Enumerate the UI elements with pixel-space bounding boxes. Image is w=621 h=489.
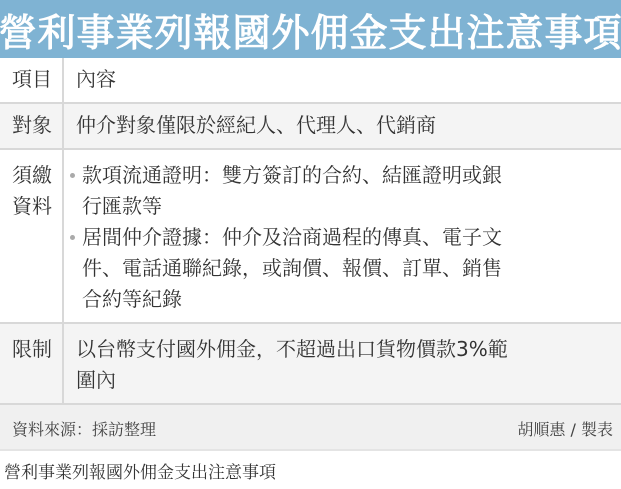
table-header-row: 項目 內容 [0,58,621,104]
row-content: 款項流通證明：雙方簽訂的合約、結匯證明或銀 行匯款等 居間仲介證據：仲介及洽商過… [70,160,611,315]
bullet-item: 款項流通證明：雙方簽訂的合約、結匯證明或銀 行匯款等 [70,160,611,222]
source-text: 資料來源：採訪整理 [12,417,156,440]
header-content: 內容 [76,64,611,95]
row-content: 仲介對象僅限於經紀人、代理人、代銷商 [76,110,611,141]
row-label-line2: 資料 [12,191,52,222]
bullet-dot-icon [70,235,75,240]
table-title: 營利事業列報國外佣金支出注意事項 [0,2,621,57]
row-label-cell: 限制 [0,324,64,403]
header-label: 項目 [12,64,52,95]
row-label: 對象 [12,110,52,141]
image-caption: 營利事業列報國外佣金支出注意事項 [4,458,276,483]
table-row-limit: 限制 以台幣支付國外佣金，不超過出口貨物價款3%範 圍內 [0,324,621,405]
header-label-cell: 項目 [0,58,64,102]
credit-text: 胡順惠 / 製表 [517,417,613,440]
bullet-item: 居間仲介證據：仲介及洽商過程的傳真、電子文 件、電話通聯紀錄，或詢價、報價、訂單… [70,222,611,315]
row-label-line1: 須繳 [12,160,52,191]
table-row-target: 對象 仲介對象僅限於經紀人、代理人、代銷商 [0,104,621,150]
bullet-dot-icon [70,173,75,178]
row-label-cell: 須繳 資料 [0,150,64,322]
row-label-cell: 對象 [0,104,64,148]
info-table: 營利事業列報國外佣金支出注意事項 項目 內容 對象 仲介對象僅限於經紀人、代理人… [0,0,621,451]
row-label: 限制 [12,334,52,365]
table-title-bar: 營利事業列報國外佣金支出注意事項 [0,0,621,58]
table-row-documents: 須繳 資料 款項流通證明：雙方簽訂的合約、結匯證明或銀 行匯款等 居間仲介證據：… [0,150,621,324]
row-content: 以台幣支付國外佣金，不超過出口貨物價款3%範 圍內 [76,334,611,396]
table-footer: 資料來源：採訪整理 胡順惠 / 製表 [0,405,621,451]
